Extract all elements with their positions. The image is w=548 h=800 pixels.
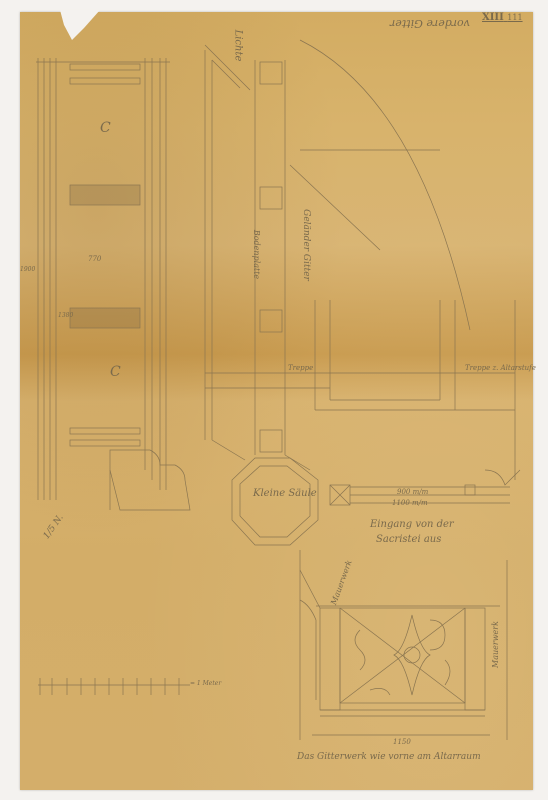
top-label: vordere Gitter [390, 17, 470, 30]
architectural-drawing [0, 0, 548, 800]
pillar-label: Bodenplatte [252, 230, 261, 279]
scale-label: = 1 Meter [190, 680, 221, 687]
dim-left-1: 1900 [20, 266, 35, 273]
dim-1100: 1100 m/m [392, 499, 428, 507]
entrance-caption-1: Eingang von der [370, 519, 454, 530]
octagon-column [232, 458, 318, 545]
dim-left-2: 1380 [58, 312, 73, 319]
diagonal-label: Geländer Gitter [301, 209, 311, 281]
right-label: Treppe z. Altarstufe [465, 364, 536, 372]
bottom-note: Das Gitterwerk wie vorne am Altarraum [297, 752, 481, 762]
iron-railing-elevation [300, 550, 507, 740]
octagon-label: Kleine Säule [253, 488, 317, 499]
left-vertical-label: Lichte [232, 30, 243, 62]
pillar-plan [205, 40, 470, 470]
dim-900: 900 m/m [397, 488, 428, 496]
dim-c: C [100, 120, 111, 136]
railing-right-label: Mauerwerk [491, 621, 500, 668]
dim-c-2: C [110, 364, 121, 380]
treppe-label: Treppe [288, 364, 313, 372]
dim-1150: 1150 [393, 738, 411, 746]
left-wall-elevation [36, 58, 190, 510]
entrance-caption-2: Sacristei aus [376, 534, 441, 545]
dim-770: 770 [88, 255, 101, 263]
scale-bar [38, 678, 190, 695]
sheet-number: XIII 111 [482, 12, 523, 23]
